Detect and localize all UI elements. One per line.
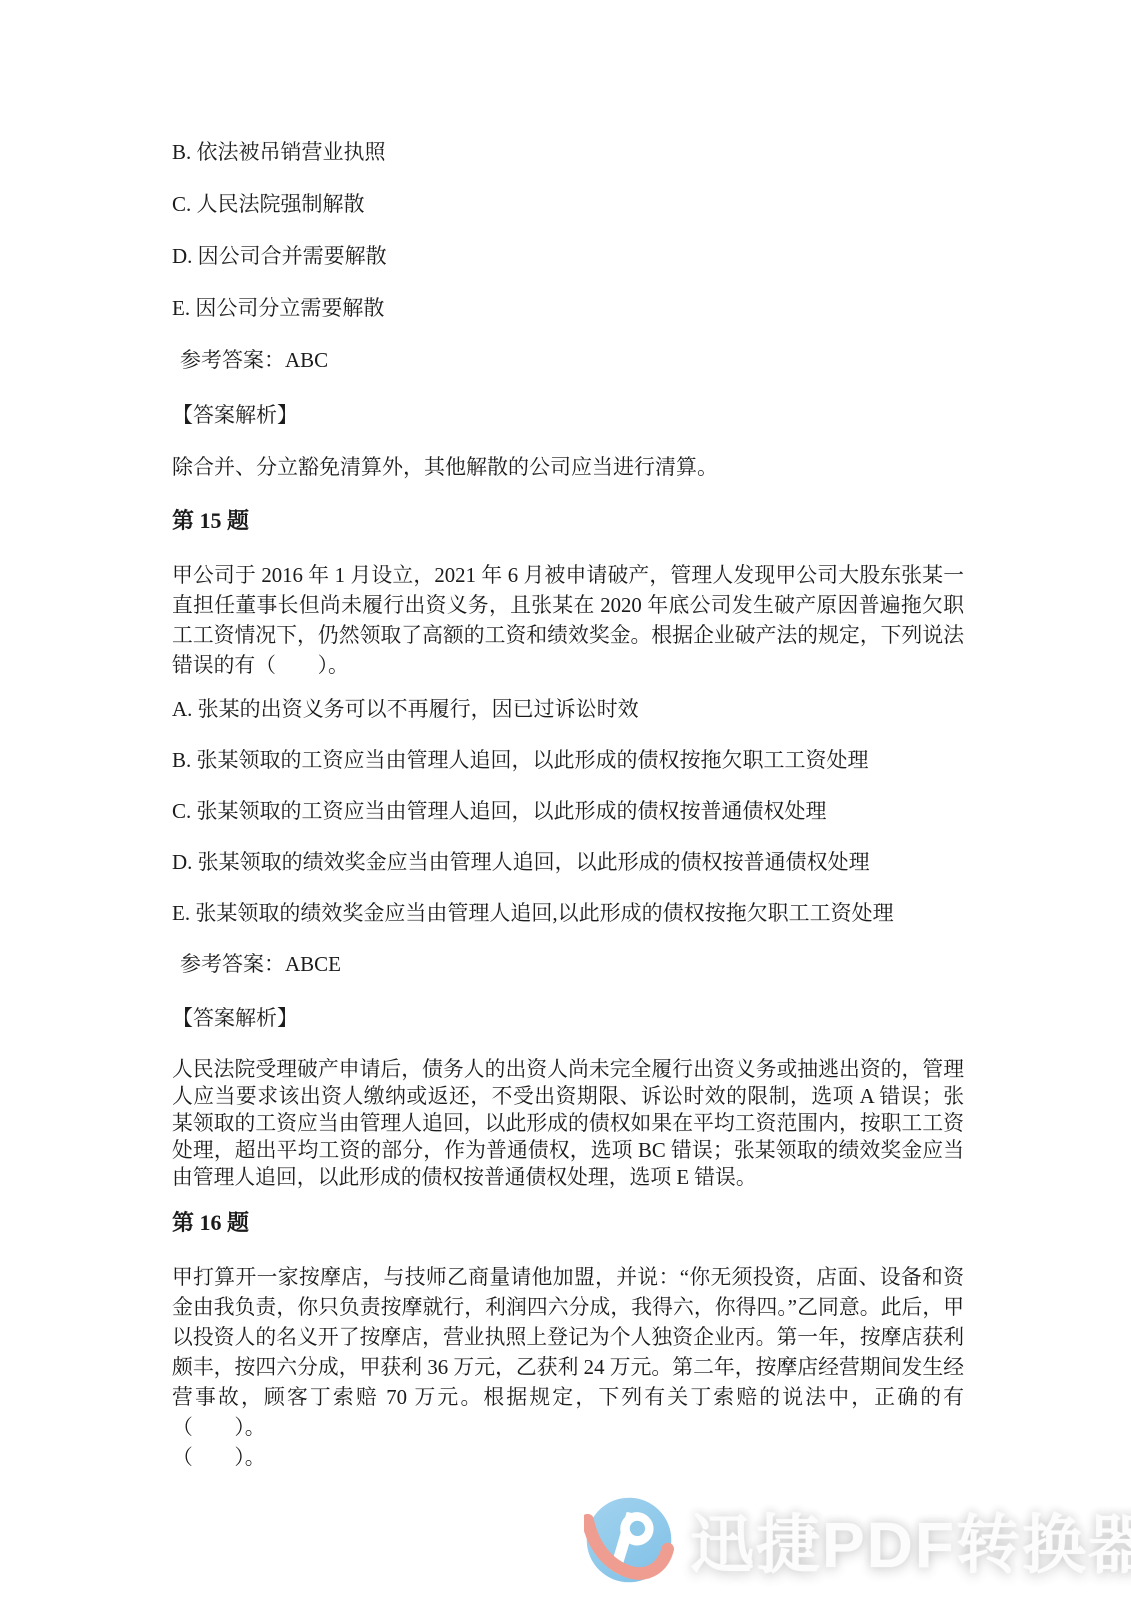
pdf-converter-logo-icon [584,1495,674,1585]
document-page: B. 依法被吊销营业执照 C. 人民法院强制解散 D. 因公司合并需要解散 E.… [0,0,1131,1600]
q14-reference-answer: 参考答案：ABC [172,348,964,372]
question-15-title: 第 15 题 [172,508,964,533]
question-16-title: 第 16 题 [172,1210,964,1235]
q15-option-e: E. 张某领取的绩效奖金应当由管理人追回,以此形成的债权按拖欠职工工资处理 [172,901,964,925]
q14-option-d: D. 因公司合并需要解散 [172,244,964,268]
q14-analysis-heading: 【答案解析】 [172,403,964,427]
q14-analysis-text: 除合并、分立豁免清算外，其他解散的公司应当进行清算。 [172,455,964,479]
q15-analysis-text: 人民法院受理破产申请后，债务人的出资人尚未完全履行出资义务或抽逃出资的，管理人应… [172,1056,964,1191]
q15-analysis-heading: 【答案解析】 [172,1006,964,1030]
question-15-block: 第 15 题 甲公司于 2016 年 1 月设立，2021 年 6 月被申请破产… [172,508,964,1191]
q14-option-b: B. 依法被吊销营业执照 [172,140,964,164]
exam-content: B. 依法被吊销营业执照 C. 人民法院强制解散 D. 因公司合并需要解散 E.… [172,140,964,1473]
q14-option-c: C. 人民法院强制解散 [172,192,964,216]
watermark: 迅捷PDF转换器 [584,1494,1131,1586]
q14-option-e: E. 因公司分立需要解散 [172,296,964,320]
q15-stem: 甲公司于 2016 年 1 月设立，2021 年 6 月被申请破产，管理人发现甲… [172,561,964,681]
q15-option-a: A. 张某的出资义务可以不再履行，因已过诉讼时效 [172,697,964,721]
question-14-block: B. 依法被吊销营业执照 C. 人民法院强制解散 D. 因公司合并需要解散 E.… [172,140,964,479]
q15-option-c: C. 张某领取的工资应当由管理人追回，以此形成的债权按普通债权处理 [172,799,964,823]
q15-option-b: B. 张某领取的工资应当由管理人追回，以此形成的债权按拖欠职工工资处理 [172,748,964,772]
q16-stem-tail: （ ）。 [172,1443,964,1473]
q15-reference-answer: 参考答案：ABCE [172,952,964,976]
question-16-block: 第 16 题 甲打算开一家按摩店，与技师乙商量请他加盟，并说：“你无须投资，店面… [172,1210,964,1473]
watermark-text: 迅捷PDF转换器 [690,1494,1131,1586]
q16-stem: 甲打算开一家按摩店，与技师乙商量请他加盟，并说：“你无须投资，店面、设备和资金由… [172,1263,964,1443]
q15-option-d: D. 张某领取的绩效奖金应当由管理人追回，以此形成的债权按普通债权处理 [172,850,964,874]
